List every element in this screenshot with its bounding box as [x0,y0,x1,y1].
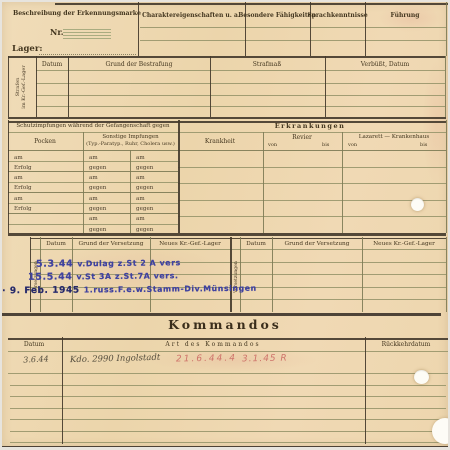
punishments-side-label: Strafen im Kr.-Gef.-Lager [15,65,28,109]
illnesses-lazarett-von: von [348,143,357,148]
rule-line-vertical [362,237,363,312]
vaccination-cell: am [132,153,180,163]
rule-line-horizontal [55,3,448,5]
rule-line-vertical [240,237,241,312]
rule-line-vertical [62,337,63,444]
rule-line-horizontal [2,313,441,316]
vaccination-cell: gegen [85,204,132,214]
transfers-right-header-reason: Grund der Versetzung [285,242,350,248]
rule-line-horizontal [8,373,448,374]
vaccination-cell: gegen [132,204,180,214]
rule-line-horizontal [10,442,446,443]
vaccination-cell: gegen [132,183,180,193]
transfers-left-header-date: Datum [46,242,66,248]
identity-nr-label: Nr. [50,28,64,36]
vaccination-cell: Erfolg [10,163,85,173]
rule-line-horizontal [140,27,446,28]
rule-line-vertical [365,337,366,444]
rule-line-vertical [230,237,232,312]
rule-line-horizontal [10,396,446,397]
rule-line-vertical [8,120,9,233]
illnesses-revier-von: von [268,143,277,148]
vaccinations-col-sonstige-line1: Sonstige Impfungen [102,135,158,141]
vaccination-cell: am [132,173,180,183]
vaccinations-grid: amamam Erfolggegengegen amamam Erfolggeg… [10,153,180,236]
rule-line-horizontal [30,249,446,250]
rule-line-vertical [263,132,264,233]
vaccination-cell: Erfolg [10,183,85,193]
vaccination-cell: am [10,153,85,163]
identity-lager-label: Lager: [12,45,42,54]
rule-line-horizontal [8,338,448,340]
rule-line-vertical [245,2,246,56]
rule-line-vertical [8,56,9,117]
illnesses-revier-bis: bis [322,143,329,148]
transfers-left-header-newcamp: Neues Kr.-Gef.-Lager [159,242,221,248]
rule-line-horizontal [8,150,446,151]
vaccination-cell [10,214,85,224]
rule-line-vertical [446,2,447,56]
rule-line-vertical [310,2,311,56]
vaccination-cell: am [132,194,180,204]
rule-line-horizontal [10,431,446,432]
vaccination-cell: am [10,194,85,204]
vaccination-cell: am [85,153,132,163]
rule-line-horizontal [8,132,446,133]
kommandos-entry-red-note-1: 21.6.44.4 [176,353,237,364]
assessment-header-abilities: Besondere Fähigkeiten [238,13,316,19]
vaccinations-title: Schutzimpfungen während der Gefangenscha… [16,124,169,130]
rule-line-horizontal [36,95,445,96]
illnesses-title: Erkrankungen [275,123,346,130]
rule-line-horizontal [30,299,446,300]
rule-line-horizontal [10,408,446,409]
rule-line-horizontal [36,70,445,71]
scanned-record-card: Beschreibung der Erkennungsmarke Nr. Lag… [0,0,450,450]
kommandos-header-type: Art des Kommandos [165,342,260,348]
stamp-date: · 9. Feb. 1945 [2,286,80,297]
assessment-header-character: Charaktereigenschaften u. a. [142,13,240,19]
vaccinations-col-sonstige-line2: (Typ.-Paratyp., Ruhr, Cholera usw.) [86,142,175,147]
vaccination-cell: am [85,194,132,204]
vaccinations-col-pocken: Pocken [34,139,56,145]
vaccination-cell: gegen [132,163,180,173]
illnesses-lazarett-bis: bis [420,143,427,148]
transfers-right-header-date: Datum [246,242,266,248]
punch-hole [414,370,429,384]
transfer-stamp-entry-3: · 9. Feb. 19451.russ.F.e.w.Stamm-Div.Mün… [2,276,257,298]
assessment-header-languages: Sprachkenntnisse [307,13,367,19]
vaccination-cell: am [132,214,180,224]
rule-line-horizontal [10,419,446,420]
rule-line-horizontal [178,167,446,168]
punch-hole [411,198,424,211]
card-paper: Beschreibung der Erkennungsmarke Nr. Lag… [2,2,448,447]
identity-title: Beschreibung der Erkennungsmarke [13,11,141,17]
punishments-header-served: Verbüßt, Datum [361,62,410,68]
illnesses-col-lazarett: Lazarett — Krankenhaus [359,135,429,141]
punishments-side-label-line2: im Kr.-Gef.-Lager [21,65,27,109]
vaccination-cell: gegen [85,183,132,193]
rule-line-horizontal [8,351,448,352]
rule-line-vertical [445,56,446,117]
rule-line-horizontal [8,56,446,59]
transfers-right-header-newcamp: Neues Kr.-Gef.-Lager [373,242,435,248]
rule-line-vertical [36,56,37,117]
vaccination-cell: Erfolg [10,204,85,214]
illnesses-col-krankheit: Krankheit [205,139,235,145]
rule-line-vertical [446,120,447,233]
rule-line-horizontal [178,183,446,184]
rule-line-horizontal [178,200,446,201]
rule-line-vertical [210,56,211,117]
vaccination-cell: am [85,214,132,224]
rule-line-vertical [272,237,273,312]
rule-line-vertical [446,237,447,312]
rule-line-vertical [325,56,326,117]
rule-line-horizontal [36,83,445,84]
stamp-text: 1.russ.F.e.w.Stamm-Div.Münsingen [84,284,257,295]
vaccination-cell: gegen [85,225,132,235]
rule-line-horizontal [30,238,446,240]
kommandos-header-return: Rückkehrdatum [382,342,431,348]
vaccination-cell: am [85,173,132,183]
rule-line-vertical [365,2,366,56]
kommandos-entry-type: Kdo. 2990 Ingolstadt [70,354,161,365]
identity-lager-dotted-line [39,47,136,55]
vaccination-cell [10,225,85,235]
assessment-header-conduct: Führung [391,13,420,19]
rule-line-vertical [68,56,69,117]
kommandos-header-date: Datum [24,342,44,348]
punishments-header-reason: Grund der Bestrafung [106,62,173,68]
rule-line-vertical [342,132,343,233]
vaccination-cell: gegen [132,225,180,235]
identity-nr-ruled-field [63,29,111,40]
kommandos-entry-red-note-2: 3.1.45 R [242,354,288,365]
rule-line-horizontal [140,40,446,41]
punishments-header-sentence: Strafmaß [253,62,281,68]
kommandos-title: Kommandos [168,319,282,332]
rule-line-horizontal [8,117,446,120]
rule-line-horizontal [10,385,446,386]
rule-line-horizontal [178,216,446,217]
transfers-left-header-reason: Grund der Versetzung [79,242,144,248]
vaccination-cell: gegen [85,163,132,173]
rule-line-horizontal [2,446,448,448]
page-corner [432,418,448,444]
punishments-header-date: Datum [42,62,62,68]
vaccination-cell: am [10,173,85,183]
illnesses-col-revier: Revier [292,135,312,141]
rule-line-horizontal [36,106,445,107]
kommandos-entry-date: 3.6.44 [23,355,49,364]
